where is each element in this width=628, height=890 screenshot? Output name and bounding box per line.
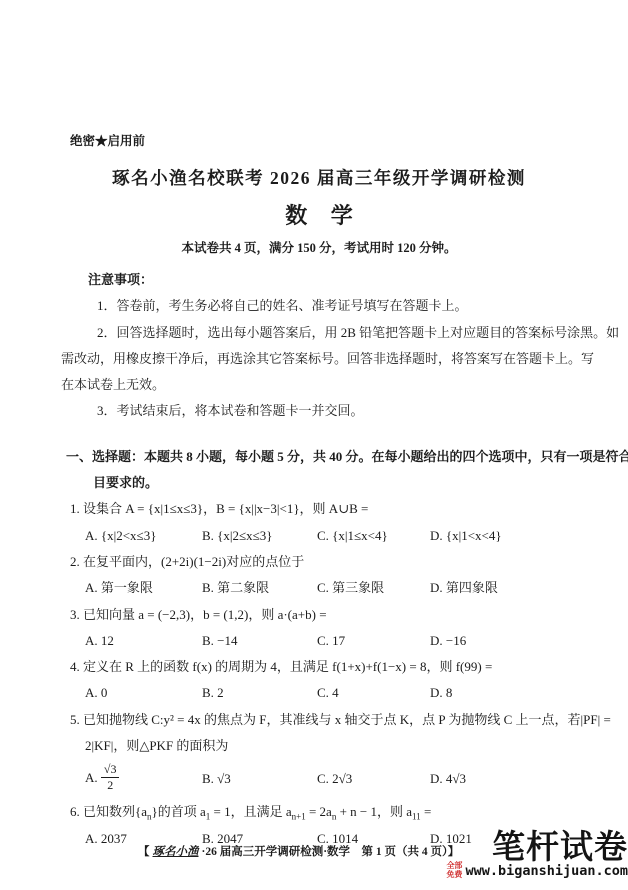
- question-4-options: A. 0 B. 2 C. 4 D. 8: [70, 680, 568, 706]
- question-3-option-a: A. 12: [85, 628, 202, 654]
- question-5-option-d: D. 4√3: [430, 771, 568, 787]
- watermark-url: www.biganshijuan.com: [465, 864, 628, 879]
- question-3-options: A. 12 B. −14 C. 17 D. −16: [70, 628, 568, 654]
- question-2-option-a: A. 第一象限: [85, 575, 202, 601]
- stem-text: + n − 1，则 a: [336, 804, 412, 819]
- stem-text: = 1，且满足 a: [210, 804, 291, 819]
- biganshijuan-watermark: 笔杆试卷 全部免费 www.biganshijuan.com: [446, 830, 628, 879]
- question-2-option-c: C. 第三象限: [317, 575, 430, 601]
- watermark-url-row: 全部免费 www.biganshijuan.com: [446, 862, 628, 879]
- fraction: √32: [101, 763, 120, 792]
- question-5-option-c: C. 2√3: [317, 771, 430, 787]
- page-content: 绝密★启用前 琢名小渔名校联考 2026 届高三年级开学调研检测 数 学 本试卷…: [70, 0, 568, 852]
- question-3-option-d: D. −16: [430, 628, 568, 654]
- stem-text: = 2a: [306, 804, 332, 819]
- question-2-option-b: B. 第二象限: [202, 575, 317, 601]
- question-5-option-a: A. √32: [85, 766, 202, 792]
- notice-heading: 注意事项：: [88, 267, 568, 293]
- page-footer: 【琢名小渔·26 届高三开学调研检测·数学 第 1 页（共 4 页）】: [138, 844, 459, 860]
- stem-text: 6. 已知数列{a: [70, 804, 147, 819]
- section-heading-line-1: 一、选择题：本题共 8 小题，每小题 5 分，共 40 分。在每小题给出的四个选…: [66, 444, 568, 470]
- notice-line-5: 3．考试结束后，将本试卷和答题卡一并交回。: [97, 398, 568, 424]
- publisher-logo: 琢名小渔: [153, 846, 199, 858]
- question-3-option-c: C. 17: [317, 628, 430, 654]
- footer-bracket-open: 【: [138, 846, 150, 858]
- question-2-options: A. 第一象限 B. 第二象限 C. 第三象限 D. 第四象限: [70, 575, 568, 601]
- question-2-stem: 2. 在复平面内，(2+2i)(1−2i)对应的点位于: [70, 549, 568, 575]
- notice-line-1: 1．答卷前，考生务必将自己的姓名、准考证号填写在答题卡上。: [97, 293, 568, 319]
- question-3-option-b: B. −14: [202, 628, 317, 654]
- watermark-free-badge: 全部免费: [446, 862, 464, 879]
- footer-text: ·26 届高三开学调研检测·数学 第 1 页（共 4 页）】: [202, 846, 460, 858]
- exam-info-line: 本试卷共 4 页，满分 150 分，考试用时 120 分钟。: [70, 238, 568, 258]
- question-4-option-d: D. 8: [430, 680, 568, 706]
- question-1-options: A. {x|2<x≤3} B. {x|2≤x≤3} C. {x|1≤x<4} D…: [70, 523, 568, 549]
- question-4-option-a: A. 0: [85, 680, 202, 706]
- subscript: 11: [412, 812, 421, 822]
- question-4-option-c: C. 4: [317, 680, 430, 706]
- notice-section: 注意事项： 1．答卷前，考生务必将自己的姓名、准考证号填写在答题卡上。 2．回答…: [70, 267, 568, 425]
- fraction-denominator: 2: [101, 778, 120, 792]
- stem-text: }的首项 a: [152, 804, 206, 819]
- section-heading-line-2: 目要求的。: [93, 470, 568, 496]
- exam-title: 琢名小渔名校联考 2026 届高三年级开学调研检测: [70, 166, 568, 190]
- question-5-stem-line-1: 5. 已知抛物线 C:y² = 4x 的焦点为 F，其准线与 x 轴交于点 K，…: [70, 707, 568, 733]
- question-2-option-d: D. 第四象限: [430, 575, 568, 601]
- subscript: n+1: [292, 812, 306, 822]
- notice-line-2: 2．回答选择题时，选出每小题答案后，用 2B 铅笔把答题卡上对应题目的答案标号涂…: [97, 320, 568, 346]
- question-6-stem: 6. 已知数列{an}的首项 a1 = 1，且满足 an+1 = 2an + n…: [70, 799, 568, 825]
- question-3-stem: 3. 已知向量 a = (−2,3)，b = (1,2)，则 a·(a+b) =: [70, 602, 568, 628]
- exam-page: 绝密★启用前 琢名小渔名校联考 2026 届高三年级开学调研检测 数 学 本试卷…: [0, 0, 628, 890]
- classification-label: 绝密★启用前: [70, 0, 568, 150]
- option-label: A.: [85, 770, 98, 785]
- fraction-numerator: √3: [101, 763, 120, 778]
- notice-line-3: 需改动，用橡皮擦干净后，再选涂其它答案标号。回答非选择题时，将答案写在答题卡上。…: [61, 346, 568, 372]
- question-1-option-a: A. {x|2<x≤3}: [85, 523, 202, 549]
- question-4-stem: 4. 定义在 R 上的函数 f(x) 的周期为 4，且满足 f(1+x)+f(1…: [70, 654, 568, 680]
- stem-text: =: [421, 804, 432, 819]
- question-5-stem-line-2: 2|KF|，则△PKF 的面积为: [85, 733, 568, 759]
- question-4-option-b: B. 2: [202, 680, 317, 706]
- watermark-brand: 笔杆试卷: [446, 830, 628, 863]
- question-5-options: A. √32 B. √3 C. 2√3 D. 4√3: [70, 759, 568, 799]
- question-1-option-b: B. {x|2≤x≤3}: [202, 523, 317, 549]
- multiple-choice-section: 一、选择题：本题共 8 小题，每小题 5 分，共 40 分。在每小题给出的四个选…: [70, 444, 568, 852]
- question-1-option-c: C. {x|1≤x<4}: [317, 523, 430, 549]
- subject-title: 数 学: [70, 202, 568, 230]
- question-5-option-b: B. √3: [202, 771, 317, 787]
- notice-line-4: 在本试卷上无效。: [61, 372, 568, 398]
- question-1-stem: 1. 设集合 A = {x|1≤x≤3}，B = {x||x−3|<1}，则 A…: [70, 496, 568, 522]
- question-1-option-d: D. {x|1<x<4}: [430, 523, 568, 549]
